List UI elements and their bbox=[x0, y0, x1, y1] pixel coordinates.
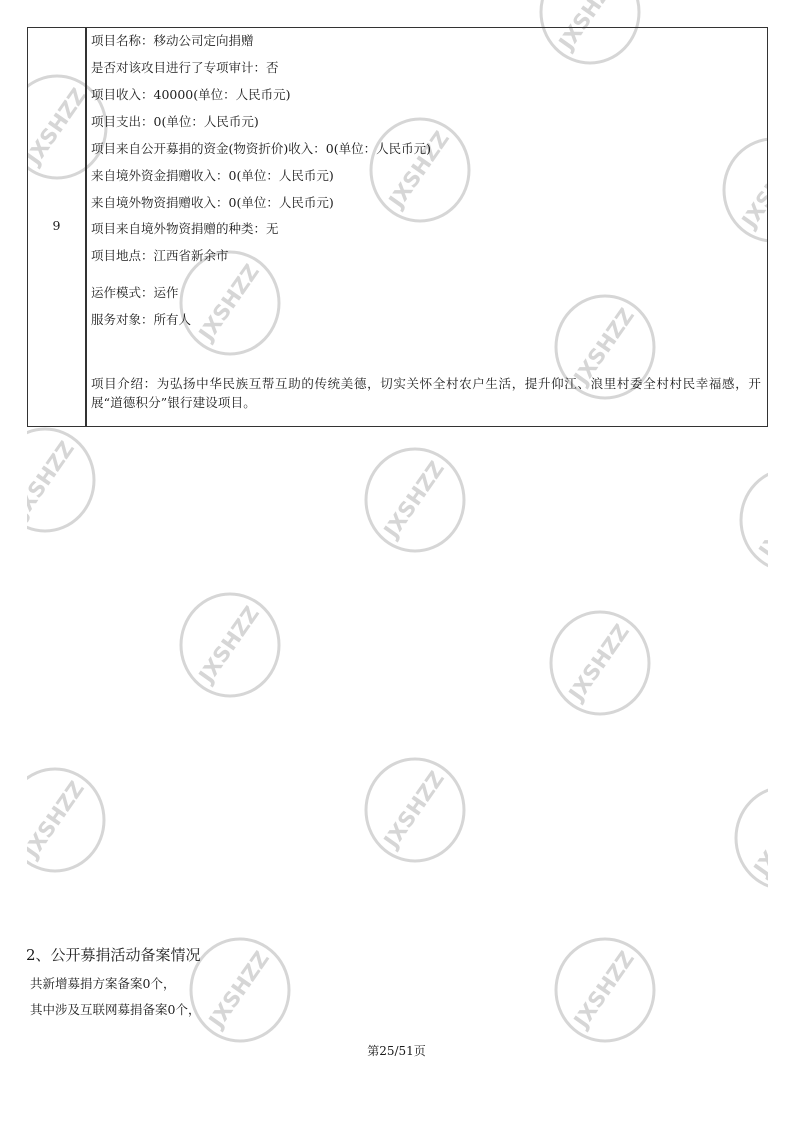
watermark-stamp-icon: JXSHZZ bbox=[27, 766, 107, 874]
section-heading: 2、公开募捐活动备案情况 bbox=[26, 944, 201, 965]
project-location: 项目地点：江西省新余市 bbox=[91, 248, 229, 264]
project-expense: 项目支出：0(单位：人民币元) bbox=[91, 114, 259, 130]
watermark-stamp-icon: JXSHZZ bbox=[738, 466, 768, 574]
svg-text:JXSHZZ: JXSHZZ bbox=[753, 477, 768, 564]
project-income: 项目收入：40000(单位：人民币元) bbox=[91, 87, 291, 103]
svg-text:JXSHZZ: JXSHZZ bbox=[27, 437, 79, 524]
page-number: 第25/51页 bbox=[0, 1042, 793, 1059]
watermark-stamp-icon: JXSHZZ bbox=[363, 446, 467, 554]
public-fundraising-income: 项目来自公开募捐的资金(物资折价)收入：0(单位：人民币元) bbox=[91, 141, 431, 157]
svg-text:JXSHZZ: JXSHZZ bbox=[378, 457, 449, 544]
watermark-stamp-icon: JXSHZZ bbox=[178, 591, 282, 699]
svg-text:JXSHZZ: JXSHZZ bbox=[27, 777, 89, 864]
internet-fundraising-count: 其中涉及互联网募捐备案0个， bbox=[30, 1000, 200, 1018]
special-audit: 是否对该攻目进行了专项审计：否 bbox=[91, 60, 279, 76]
overseas-goods-type: 项目来自境外物资捐赠的种类：无 bbox=[91, 221, 279, 237]
watermark-stamp-icon: JXSHZZ bbox=[548, 609, 652, 717]
watermark-stamp-icon: JXSHZZ bbox=[188, 936, 292, 1044]
watermark-stamp-icon: JXSHZZ bbox=[553, 936, 657, 1044]
svg-text:JXSHZZ: JXSHZZ bbox=[203, 947, 274, 1034]
project-detail-cell: 项目名称：移动公司定向捐赠 是否对该攻目进行了专项审计：否 项目收入：40000… bbox=[91, 28, 761, 426]
overseas-goods-income: 来自境外物资捐赠收入：0(单位：人民币元) bbox=[91, 195, 334, 211]
svg-text:JXSHZZ: JXSHZZ bbox=[748, 795, 768, 882]
svg-text:JXSHZZ: JXSHZZ bbox=[563, 620, 634, 707]
svg-text:JXSHZZ: JXSHZZ bbox=[378, 767, 449, 854]
row-index: 9 bbox=[28, 218, 85, 233]
operation-mode: 运作模式：运作 bbox=[91, 285, 179, 301]
watermark-stamp-icon: JXSHZZ bbox=[733, 784, 768, 892]
project-record-table: 9 项目名称：移动公司定向捐赠 是否对该攻目进行了专项审计：否 项目收入：400… bbox=[27, 27, 768, 427]
overseas-fund-income: 来自境外资金捐赠收入：0(单位：人民币元) bbox=[91, 168, 334, 184]
fundraising-plan-count: 共新增募捐方案备案0个， bbox=[30, 974, 175, 992]
project-name: 项目名称：移动公司定向捐赠 bbox=[91, 33, 254, 49]
svg-text:JXSHZZ: JXSHZZ bbox=[193, 602, 264, 689]
watermark-stamp-icon: JXSHZZ bbox=[363, 756, 467, 864]
project-intro: 项目介绍：为弘扬中华民族互帮互助的传统美德，切实关怀全村农户生活，提升仰江、浪里… bbox=[91, 374, 761, 412]
row-index-cell: 9 bbox=[28, 28, 87, 426]
watermark-stamp-icon: JXSHZZ bbox=[27, 426, 97, 534]
service-target: 服务对象：所有人 bbox=[91, 312, 191, 328]
svg-text:JXSHZZ: JXSHZZ bbox=[568, 947, 639, 1034]
